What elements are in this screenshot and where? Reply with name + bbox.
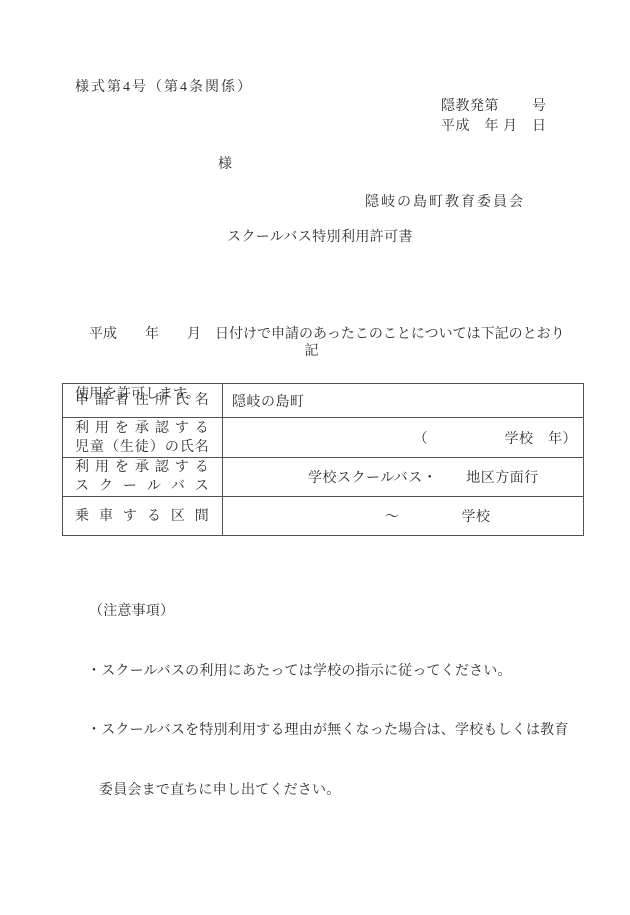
issue-number-line: 隠教発第 号 xyxy=(441,97,547,117)
applicant-address-name-label-cell: 申 請 者 住 所 氏 名 xyxy=(63,384,223,418)
approved-bus-label-line-2: ス ク ー ル バ ス xyxy=(75,477,209,496)
applicant-address-name-value: 隠岐の島町 xyxy=(223,384,584,418)
approved-bus-label-line-1: 利 用 を 承 認 す る xyxy=(75,458,209,477)
note-item-2-line-1: ・スクールバスを特別利用する理由が無くなった場合は、学校もしくは教育 xyxy=(87,721,569,741)
note-item-1: ・スクールバスの利用にあたっては学校の指示に従ってください。 xyxy=(87,662,569,682)
approved-student-label-cell: 利 用 を 承 認 す る 児童（生徒）の氏名 xyxy=(63,418,223,458)
permit-document-page: 様式第4号（第4条関係） 隠教発第 号 平成 年 月 日 様 隠岐の島町教育委員… xyxy=(0,0,630,915)
boarding-section-label: 乗 車 す る 区 間 xyxy=(75,507,209,526)
record-marker: 記 xyxy=(50,342,574,362)
table-row-approved-student: 利 用 を 承 認 す る 児童（生徒）の氏名 （ 学校 年） xyxy=(63,418,584,458)
table-row-boarding-section: 乗 車 す る 区 間 ～ 学校 xyxy=(63,497,584,536)
approved-student-label-line-2: 児童（生徒）の氏名 xyxy=(75,438,209,457)
approved-student-value: （ 学校 年） xyxy=(223,418,584,458)
approved-bus-label-cell: 利 用 を 承 認 す る ス ク ー ル バ ス xyxy=(63,458,223,497)
note-item-2-line-2: 委員会まで直ちに申し出てください。 xyxy=(99,781,569,801)
approved-student-label-line-1: 利 用 を 承 認 す る xyxy=(75,419,209,438)
document-title: スクールバス特別利用許可書 xyxy=(227,228,413,248)
recipient-honorific: 様 xyxy=(218,155,233,175)
form-number: 様式第4号（第4条関係） xyxy=(75,78,253,98)
issue-date-line: 平成 年 月 日 xyxy=(441,117,547,137)
table-row-approved-bus: 利 用 を 承 認 す る ス ク ー ル バ ス 学校スクールバス・ 地区方面… xyxy=(63,458,584,497)
boarding-section-value: ～ 学校 xyxy=(223,497,584,536)
notes-section: （注意事項） ・スクールバスの利用にあたっては学校の指示に従ってください。 ・ス… xyxy=(87,562,569,840)
permit-table: 申 請 者 住 所 氏 名 隠岐の島町 利 用 を 承 認 す る 児童（生徒）… xyxy=(62,383,584,536)
notes-heading: （注意事項） xyxy=(89,602,569,622)
table-row-applicant: 申 請 者 住 所 氏 名 隠岐の島町 xyxy=(63,384,584,418)
approved-bus-value: 学校スクールバス・ 地区方面行 xyxy=(223,458,584,497)
applicant-address-name-label: 申 請 者 住 所 氏 名 xyxy=(75,391,209,410)
boarding-section-label-cell: 乗 車 す る 区 間 xyxy=(63,497,223,536)
issuer-name: 隠岐の島町教育委員会 xyxy=(365,193,525,213)
